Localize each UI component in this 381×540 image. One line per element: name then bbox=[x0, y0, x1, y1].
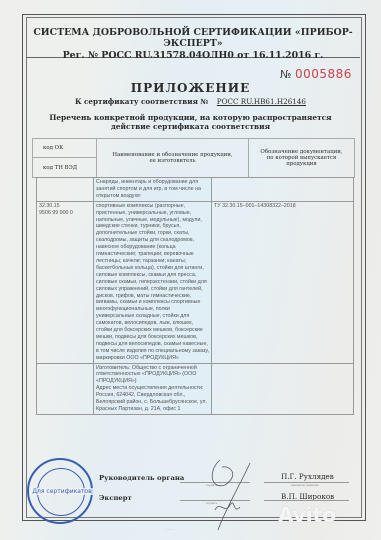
avito-watermark: Avito bbox=[278, 503, 336, 527]
header-okp-code: код ОК bbox=[33, 139, 97, 158]
product-table: Снаряды, инвентарь и оборудование для за… bbox=[36, 177, 354, 415]
number-value: 0005886 bbox=[295, 67, 352, 81]
expert-name-line bbox=[264, 500, 349, 501]
header-tnved-code: код ТН ВЭД bbox=[33, 158, 97, 178]
registration-number: Рег. № РОСС RU.31578.04ОЛН0 от 16.11.201… bbox=[26, 50, 360, 61]
row-manufacturer: Изготовитель: Общество с ограниченной от… bbox=[94, 363, 212, 414]
table-row: 32.30.15 9506 99 900 0 спортивные компле… bbox=[37, 201, 354, 363]
system-header: СИСТЕМА ДОБРОВОЛЬНОЙ СЕРТИФИКАЦИИ «ПРИБО… bbox=[26, 17, 360, 58]
header-product-name: Наименование и обозначение продукции, ее… bbox=[97, 139, 249, 178]
signature-scribble-icon bbox=[200, 455, 260, 535]
document-number: № 0005886 bbox=[280, 67, 352, 81]
list-heading-line1: Перечень конкретной продукции, на котору… bbox=[0, 113, 381, 122]
list-heading-line2: действие сертификата соответствия bbox=[0, 122, 381, 131]
certificate-label: К сертификату соответствия № bbox=[75, 97, 208, 106]
certificate-line: К сертификату соответствия № РОСС RU.HB6… bbox=[0, 97, 381, 106]
table-header: код ОК Наименование и обозначение продук… bbox=[32, 138, 355, 178]
expert-label: Эксперт bbox=[99, 494, 132, 502]
row-product-name: Снаряды, инвентарь и оборудование для за… bbox=[94, 178, 212, 202]
row-codes: 32.30.15 9506 99 900 0 bbox=[37, 201, 94, 363]
system-name: СИСТЕМА ДОБРОВОЛЬНОЙ СЕРТИФИКАЦИИ «ПРИБО… bbox=[26, 27, 360, 49]
row-documentation bbox=[212, 178, 354, 202]
head-of-body-label: Руководитель органа bbox=[99, 474, 184, 482]
head-name-line bbox=[264, 482, 349, 483]
certificate-value: РОСС RU.HB61.H26146 bbox=[211, 97, 306, 106]
head-name: П.Г. Рухлядев bbox=[281, 472, 334, 481]
table-row: Изготовитель: Общество с ограниченной от… bbox=[37, 363, 354, 414]
certification-stamp: Для сертификатов bbox=[27, 458, 93, 524]
row-documentation bbox=[212, 363, 354, 414]
page-title: ПРИЛОЖЕНИЕ bbox=[0, 81, 381, 95]
footer-print-mark: ··· ··· ··· bbox=[165, 528, 174, 531]
table-row: Снаряды, инвентарь и оборудование для за… bbox=[37, 178, 354, 202]
row-codes bbox=[37, 363, 94, 414]
header-documentation: Обозначение документации, по которой вып… bbox=[249, 139, 355, 178]
row-codes bbox=[37, 178, 94, 202]
head-name-caption: инициалы, фамилия bbox=[291, 484, 319, 487]
row-documentation: ТУ 32.30.15–001–14308322–2018 bbox=[212, 201, 354, 363]
row-product-name: спортивные комплексы (распорные, пристен… bbox=[94, 201, 212, 363]
number-prefix: № bbox=[280, 68, 291, 81]
stamp-text: Для сертификатов bbox=[31, 488, 93, 495]
list-heading: Перечень конкретной продукции, на котору… bbox=[0, 113, 381, 131]
